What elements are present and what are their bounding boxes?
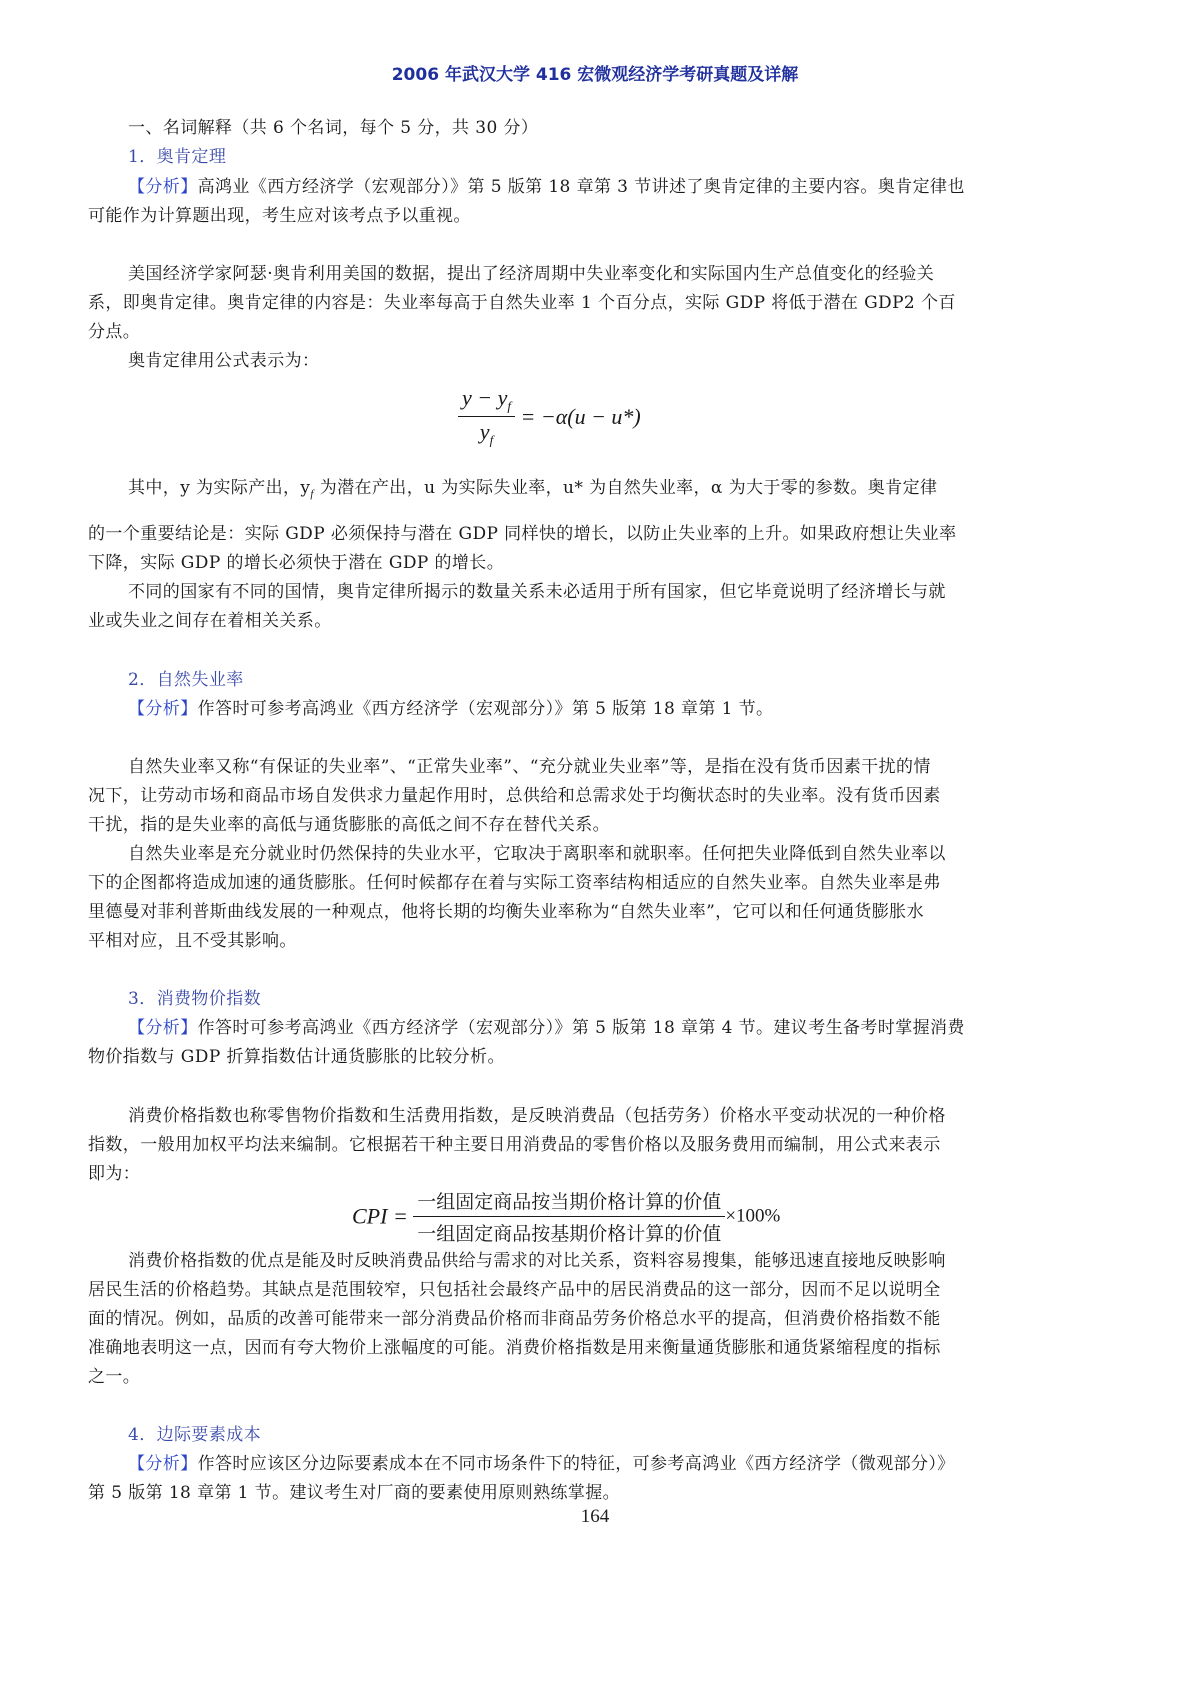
body-line: 况下，让劳动市场和商品市场自发供求力量起作用时，总供给和总需求处于均衡状态时的失…: [88, 786, 1103, 806]
explanation-line: 准确地表明这一点，因而有夸大物价上涨幅度的可能。消费价格指数是用来衡量通货膨胀和…: [88, 1338, 1103, 1358]
body-line: 干扰，指的是失业率的高低与通货膨胀的高低之间不存在替代关系。: [88, 815, 1103, 835]
document-page: 2006 年武汉大学 416 宏微观经济学考研真题及详解 一、名词解释（共 6 …: [0, 0, 1190, 1683]
analysis-line: 【分析】作答时应该区分边际要素成本在不同市场条件下的特征，可参考高鸿业《西方经济…: [128, 1454, 1143, 1474]
cpi-lhs: CPI =: [352, 1204, 408, 1229]
analysis-tag: 【分析】: [128, 1018, 198, 1038]
analysis-line: 物价指数与 GDP 折算指数估计通货膨胀的比较分析。: [88, 1047, 1103, 1067]
explanation-line: 其中，y 为实际产出，yf 为潜在产出，u 为实际失业率，u* 为自然失业率，α…: [128, 478, 1143, 504]
body-line: 下的企图都将造成加速的通货膨胀。任何时候都存在着与实际工资率结构相适应的自然失业…: [88, 873, 1103, 893]
explanation-line: 不同的国家有不同的国情，奥肯定律所揭示的数量关系未必适用于所有国家，但它毕竟说明…: [128, 582, 1143, 602]
explanation-line: 的一个重要结论是：实际 GDP 必须保持与潜在 GDP 同样快的增长，以防止失业…: [88, 524, 1103, 544]
analysis-line: 【分析】高鸿业《西方经济学（宏观部分）》第 5 版第 18 章第 3 节讲述了奥…: [128, 177, 1143, 197]
body-line: 自然失业率又称“有保证的失业率”、“正常失业率”、“充分就业失业率”等，是指在没…: [128, 757, 1143, 777]
body-line: 即为：: [88, 1164, 1103, 1184]
analysis-tag: 【分析】: [128, 177, 198, 197]
item-heading-marginal-factor-cost: 4．边际要素成本: [128, 1425, 1143, 1445]
body-line: 美国经济学家阿瑟·奥肯利用美国的数据，提出了经济周期中失业率变化和实际国内生产总…: [128, 264, 1143, 284]
explanation-line: 业或失业之间存在着相关关系。: [88, 611, 1103, 631]
okun-formula: y − yf yf = −α(u − u*): [458, 385, 641, 449]
body-line: 里德曼对菲利普斯曲线发展的一种观点，他将长期的均衡失业率称为“自然失业率”，它可…: [88, 902, 1103, 922]
analysis-tag: 【分析】: [128, 1454, 198, 1474]
okun-rhs: = −α(u − u*): [521, 404, 641, 429]
analysis-line: 【分析】作答时可参考高鸿业《西方经济学（宏观部分）》第 5 版第 18 章第 1…: [128, 699, 1143, 719]
body-line: 消费价格指数也称零售物价指数和生活费用指数，是反映消费品（包括劳务）价格水平变动…: [128, 1106, 1143, 1126]
body-line: 平相对应，且不受其影响。: [88, 931, 1103, 951]
analysis-line: 【分析】作答时可参考高鸿业《西方经济学（宏观部分）》第 5 版第 18 章第 4…: [128, 1018, 1143, 1038]
analysis-line: 第 5 版第 18 章第 1 节。建议考生对厂商的要素使用原则熟练掌握。: [88, 1483, 1103, 1503]
item-heading-natural-unemployment: 2．自然失业率: [128, 670, 1143, 690]
analysis-line: 可能作为计算题出现，考生应对该考点予以重视。: [88, 206, 1103, 226]
page-number: 164: [0, 1506, 1190, 1528]
body-line: 系，即奥肯定律。奥肯定律的内容是：失业率每高于自然失业率 1 个百分点，实际 G…: [88, 293, 1103, 313]
analysis-tag: 【分析】: [128, 699, 198, 719]
page-title: 2006 年武汉大学 416 宏微观经济学考研真题及详解: [0, 60, 1190, 85]
cpi-fraction: 一组固定商品按当期价格计算的价值 一组固定商品按基期价格计算的价值: [413, 1187, 725, 1246]
body-line: 奥肯定律用公式表示为：: [128, 351, 1143, 371]
item-heading-okun: 1．奥肯定理: [128, 147, 1143, 167]
explanation-line: 下降，实际 GDP 的增长必须快于潜在 GDP 的增长。: [88, 553, 1103, 573]
body-line: 指数，一般用加权平均法来编制。它根据若干种主要日用消费品的零售价格以及服务费用而…: [88, 1135, 1103, 1155]
cpi-rhs: ×100%: [725, 1206, 780, 1227]
item-heading-cpi: 3．消费物价指数: [128, 989, 1143, 1009]
cpi-formula: CPI = 一组固定商品按当期价格计算的价值 一组固定商品按基期价格计算的价值 …: [352, 1187, 780, 1246]
body-line: 分点。: [88, 322, 1103, 342]
explanation-line: 面的情况。例如，品质的改善可能带来一部分消费品价格而非商品劳务价格总水平的提高，…: [88, 1309, 1103, 1329]
section-heading: 一、名词解释（共 6 个名词，每个 5 分，共 30 分）: [128, 118, 1143, 138]
okun-fraction: y − yf yf: [458, 385, 515, 449]
explanation-line: 居民生活的价格趋势。其缺点是范围较窄，只包括社会最终产品中的居民消费品的这一部分…: [88, 1280, 1103, 1300]
body-line: 自然失业率是充分就业时仍然保持的失业水平，它取决于离职率和就职率。任何把失业降低…: [128, 844, 1143, 864]
explanation-line: 消费价格指数的优点是能及时反映消费品供给与需求的对比关系，资料容易搜集，能够迅速…: [128, 1251, 1143, 1271]
explanation-line: 之一。: [88, 1367, 1103, 1387]
